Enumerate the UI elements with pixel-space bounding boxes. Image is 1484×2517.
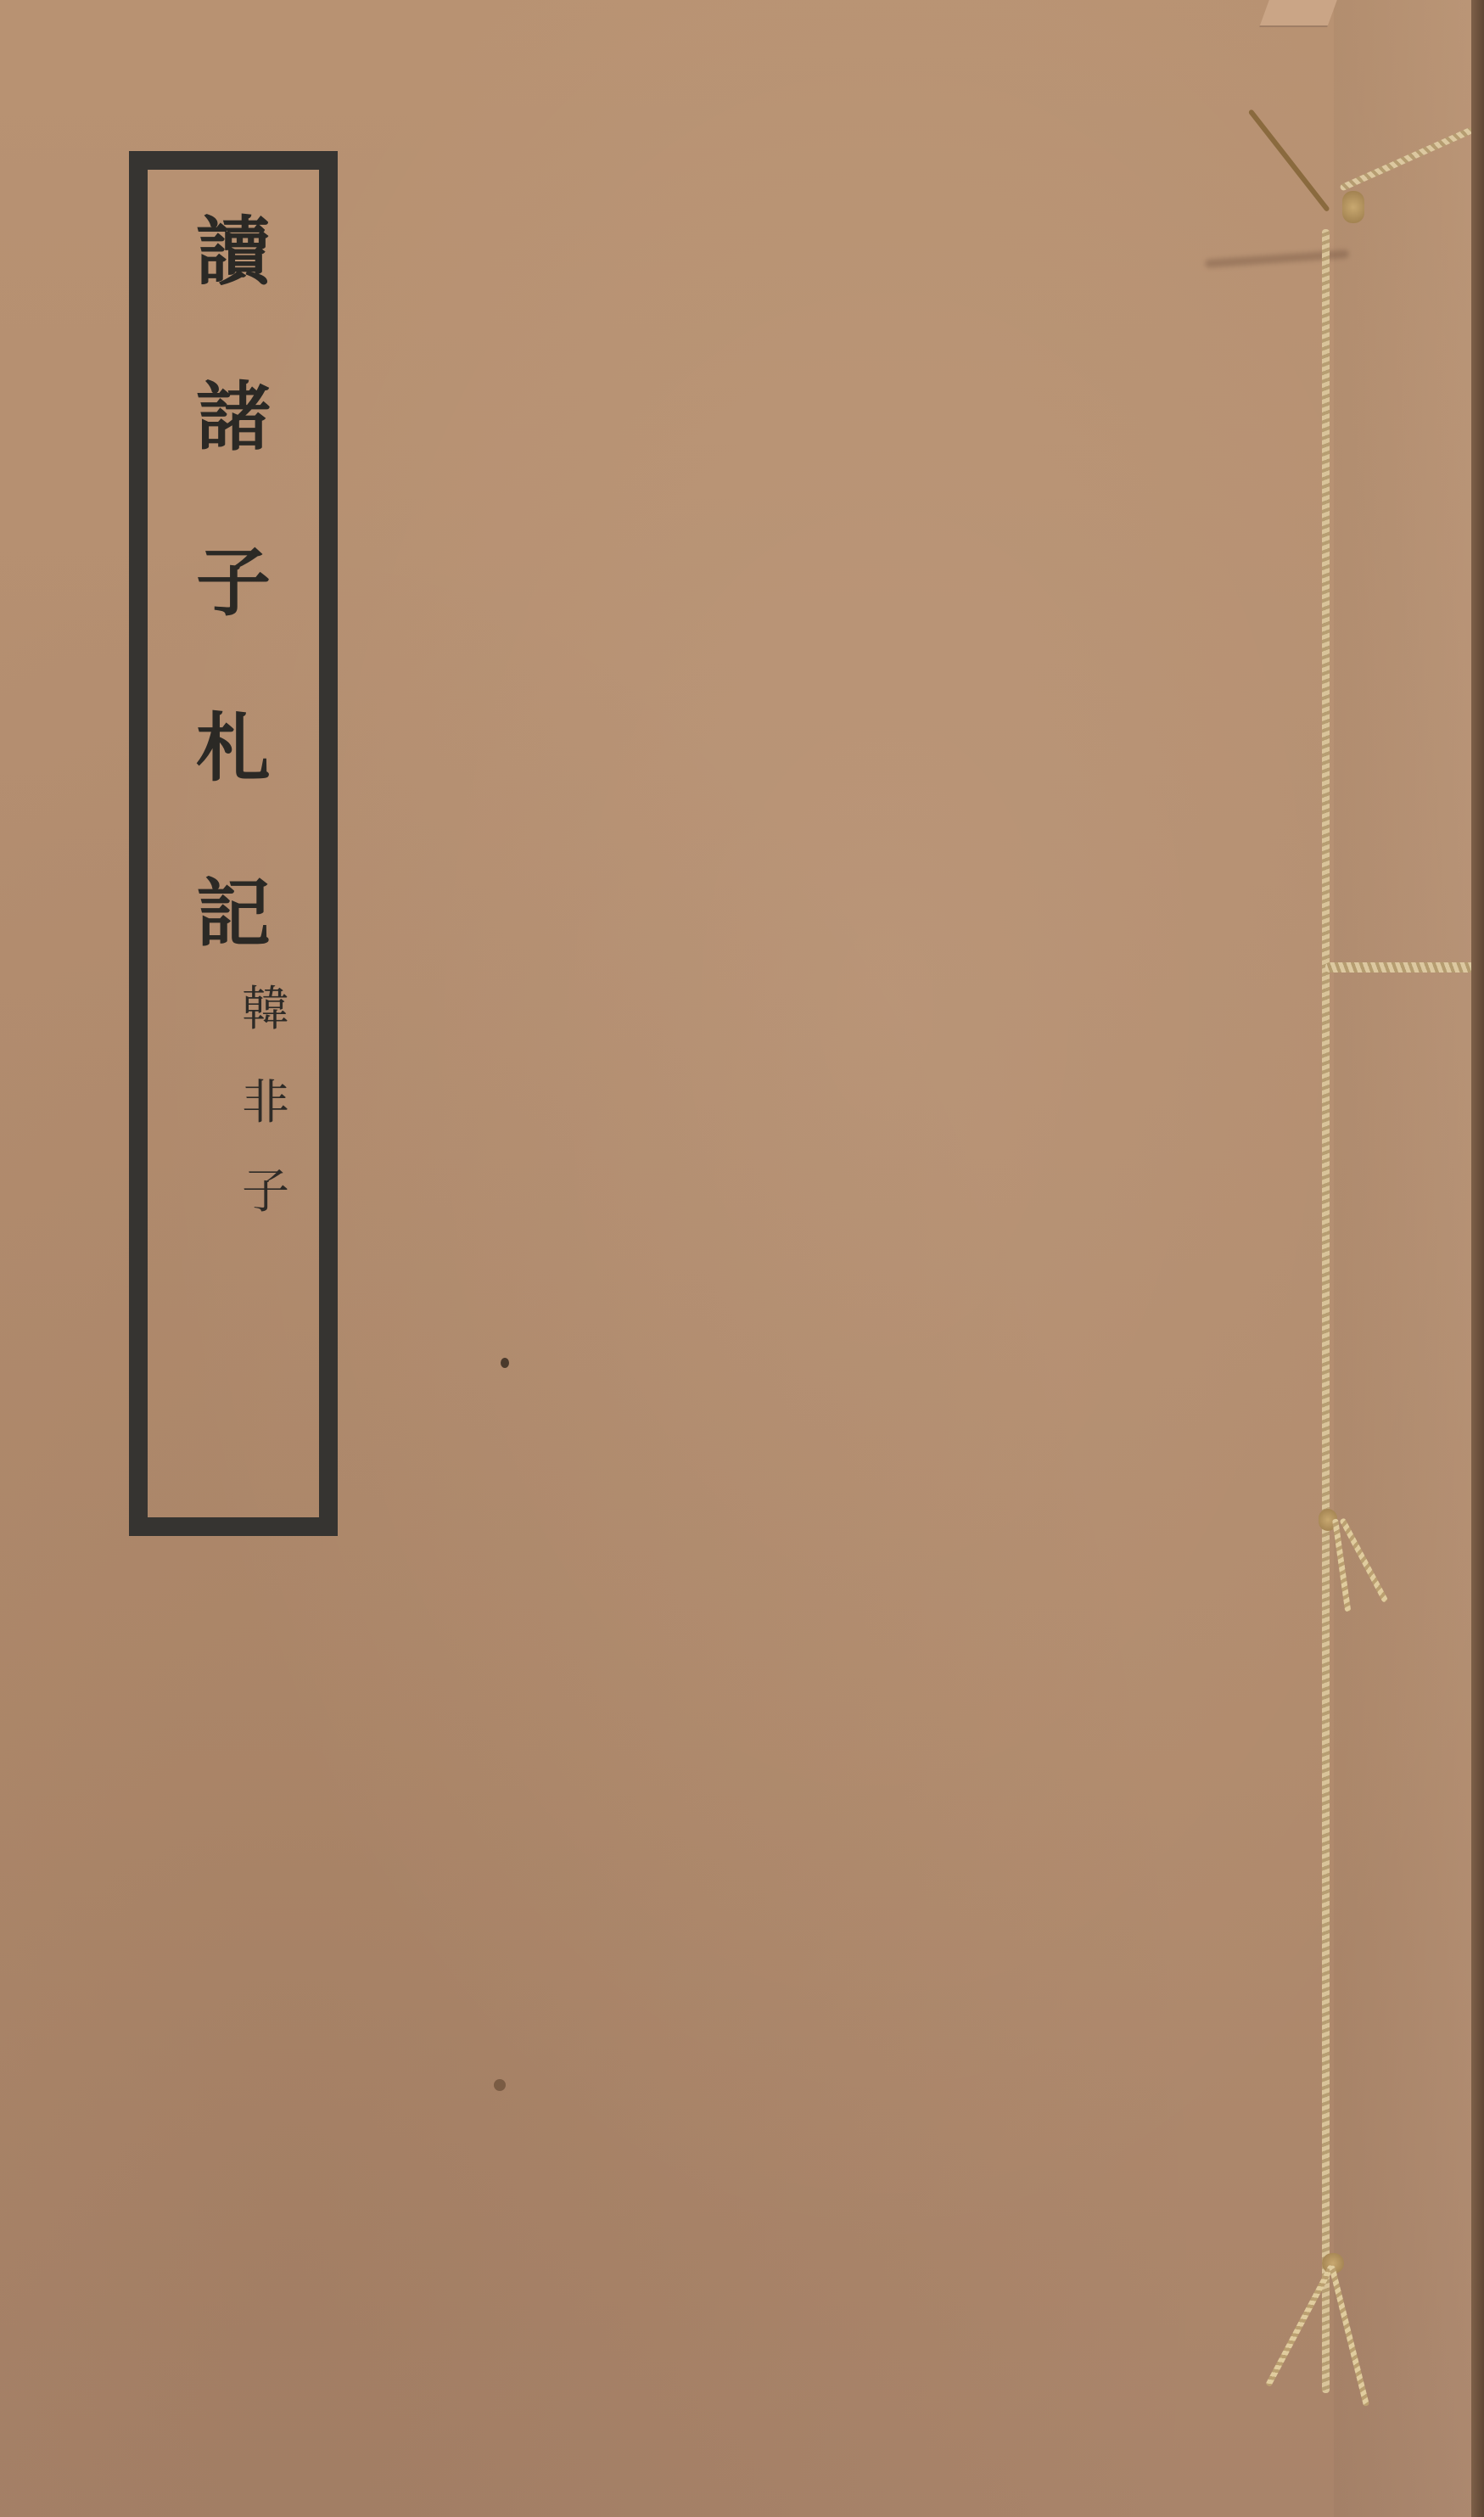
title-char: 記	[196, 876, 271, 950]
subtitle-char: 韓	[242, 986, 289, 1034]
binding-thread-vertical	[1322, 229, 1330, 2393]
binding-thread-middle	[1325, 962, 1475, 973]
paper-spot	[494, 2079, 506, 2091]
torn-paper-flap	[1259, 0, 1337, 27]
binding-margin	[1334, 0, 1475, 2517]
subtitle-char: 非	[242, 1079, 289, 1127]
title-char: 讀	[196, 214, 271, 289]
title-char: 子	[196, 545, 271, 619]
title-label-frame	[129, 151, 338, 1536]
title-char: 札	[196, 710, 271, 785]
book-cover: 讀 諸 子 札 記 韓 非 子	[0, 0, 1475, 2517]
thread-knot-top	[1342, 191, 1364, 223]
paper-spot	[501, 1358, 509, 1368]
page-edge	[1471, 0, 1484, 2517]
subtitle-char: 子	[242, 1169, 289, 1216]
title-char: 諸	[196, 379, 271, 454]
loose-thread	[1248, 109, 1330, 212]
